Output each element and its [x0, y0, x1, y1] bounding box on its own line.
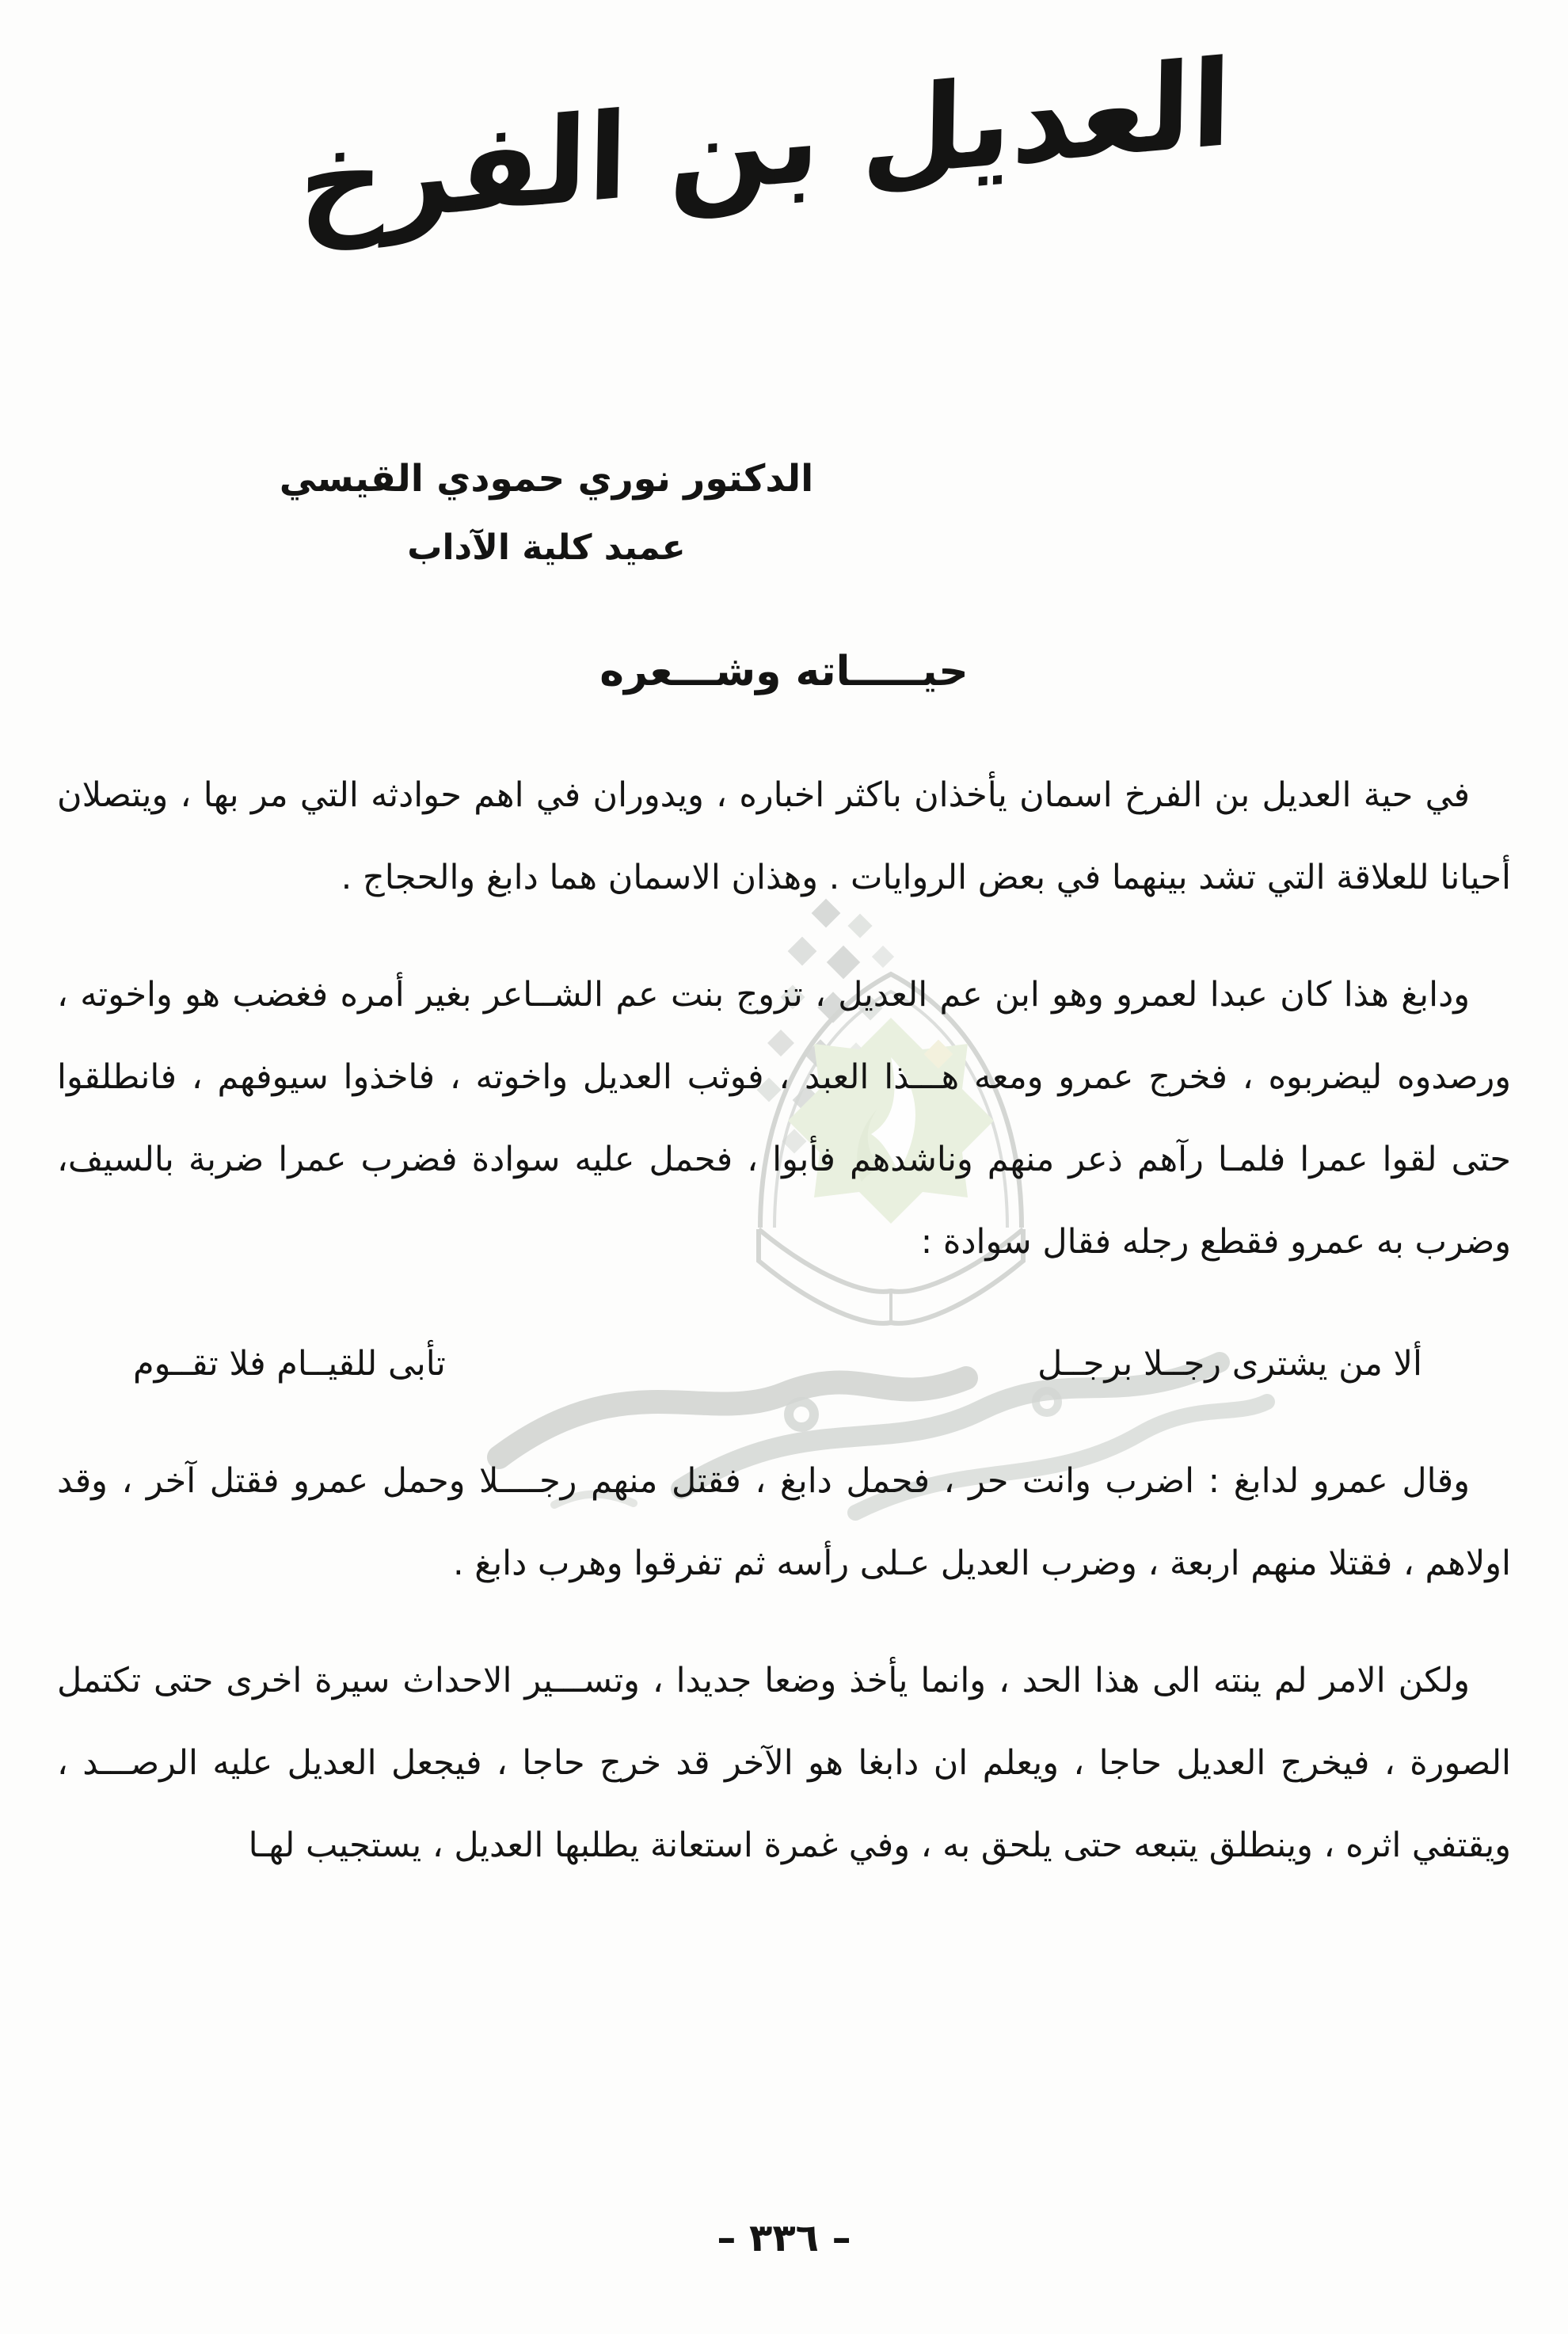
page-number: – ٣٣٦ –: [0, 2216, 1568, 2260]
section-heading: حيـــــاته وشـــعره: [0, 648, 1568, 695]
page: العديل بن الفرخ الدكتور نوري حمودي القيس…: [0, 0, 1568, 2334]
paragraph-1: في حية العديل بن الفرخ اسمان يأخذان باكث…: [57, 754, 1511, 919]
paragraph-3: وقال عمرو لدابغ : اضرب وانت حر ، فحمل دا…: [57, 1440, 1511, 1605]
verse-line: ألا من يشترى رجــلا برجــل تأبى للقيــام…: [57, 1318, 1511, 1405]
calligraphic-title: العديل بن الفرخ: [298, 34, 1233, 254]
verse-second-hemistich: تأبى للقيــام فلا تقــوم: [133, 1323, 446, 1405]
article-body: في حية العديل بن الفرخ اسمان يأخذان باكث…: [57, 754, 1511, 2211]
author-name: الدكتور نوري حمودي القيسي: [234, 444, 859, 515]
paragraph-4: ولكن الامر لم ينته الى هذا الحد ، وانما …: [57, 1639, 1511, 1887]
paragraph-2: ودابغ هذا كان عبدا لعمرو وهو ابن عم العد…: [57, 954, 1511, 1283]
author-role: عميد كلية الآداب: [234, 515, 859, 581]
byline: الدكتور نوري حمودي القيسي عميد كلية الآد…: [234, 444, 859, 581]
verse-first-hemistich: ألا من يشترى رجــلا برجــل: [1037, 1323, 1422, 1405]
